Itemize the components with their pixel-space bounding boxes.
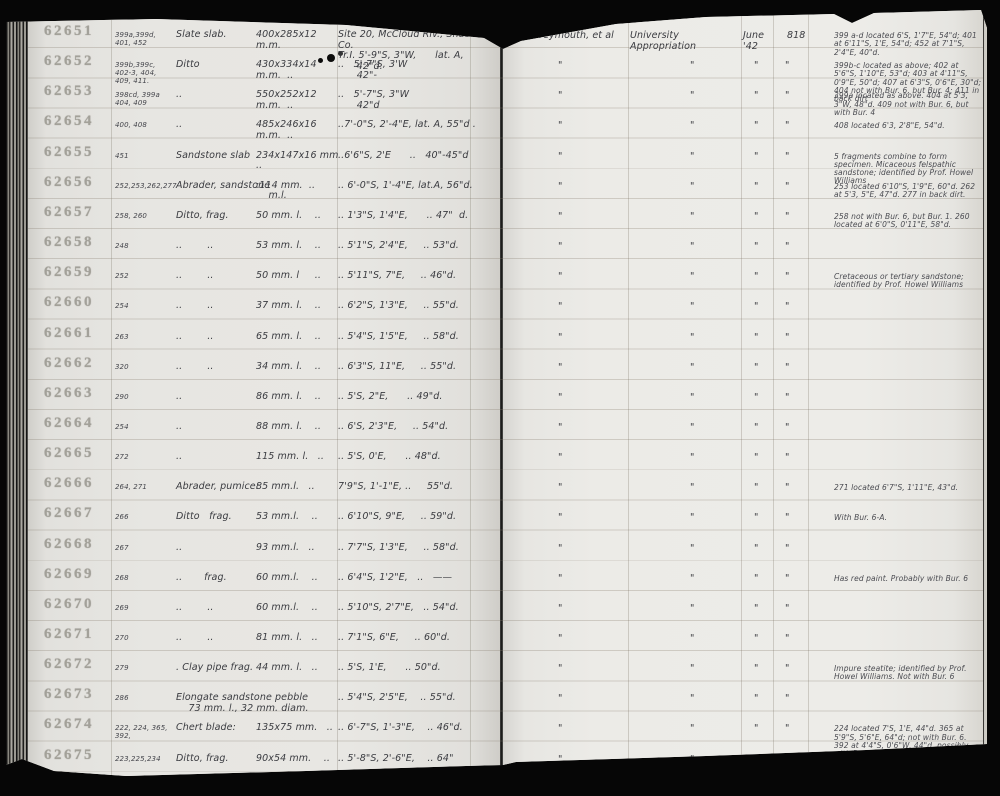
specimen-numbers: 267 xyxy=(115,544,177,552)
ledger-row: 62674 222, 224, 365, 392, Chert blade: 1… xyxy=(6,715,988,745)
collector-name: " xyxy=(558,513,686,524)
site-location: .. 7'7"S, 1'3"E, .. 58"d. xyxy=(338,543,492,554)
site-location: ..7'-0"S, 2'-4"E, lat. A, 55"d . xyxy=(338,120,492,131)
collector-name: " xyxy=(558,634,686,645)
dimensions: 90x54 mm. .. xyxy=(256,754,344,765)
accession-number: " xyxy=(785,121,813,132)
catalog-number: 62665 xyxy=(44,445,120,462)
dimensions: 81 mm. l. .. xyxy=(256,633,344,644)
ledger-row: 62657 258, 260 Ditto, frag. 50 mm. l. ..… xyxy=(6,203,988,233)
ledger-row: 62663 290 .. 86 mm. l. .. .. 5'S, 2"E, .… xyxy=(6,384,988,414)
site-location: .. 5'S, 2"E, .. 49"d. xyxy=(338,392,492,403)
collector-name: " xyxy=(558,755,686,766)
remarks-note: 253 located 6'10"S, 1'9"E, 60"d. 262 at … xyxy=(834,183,982,200)
site-location: .. 5'4"S, 2'5"E, .. 55"d. xyxy=(338,693,492,704)
object-description: Elongate sandstone pebble 73 mm. l., 32 … xyxy=(176,693,344,714)
collector-name: " xyxy=(558,453,686,464)
catalog-number: 62657 xyxy=(44,204,120,221)
ledger-row: 62667 266 Ditto frag. 53 mm.l. .. .. 6'1… xyxy=(6,504,988,534)
ledger-row: 62671 270 .. .. 81 mm. l. .. .. 7'1"S, 6… xyxy=(6,625,988,655)
site-location: .. 5'-7"S, 3"W 42"d xyxy=(338,90,492,111)
collector-name: " xyxy=(558,182,686,193)
specimen-numbers: 399a,399d, 401, 452 xyxy=(115,31,177,47)
accession-number: " xyxy=(785,91,813,102)
dimensions: 550x252x12 m.m. .. xyxy=(256,90,344,111)
catalog-number: 62661 xyxy=(44,325,120,342)
site-location: .. 5'-7"S, 3'W 42"- xyxy=(338,60,492,81)
catalog-number: 62662 xyxy=(44,355,120,372)
catalog-number: 62660 xyxy=(44,294,120,311)
ledger-row: 62655 451 Sandstone slab 234x147x16 mm .… xyxy=(6,143,988,173)
site-location: .. 6'S, 2'3"E, .. 54"d. xyxy=(338,422,492,433)
dimensions: 135x75 mm. .. xyxy=(256,723,344,734)
specimen-numbers: 268 xyxy=(115,574,177,582)
catalog-number: 62671 xyxy=(44,626,120,643)
rows-layer: 62651 399a,399d, 401, 452 Slate slab. 40… xyxy=(6,8,988,782)
dimensions: 234x147x16 mm .. xyxy=(256,151,344,172)
collector-name: W. D. Weymouth, et al xyxy=(505,31,633,42)
ledger-row: 62668 267 .. 93 mm.l. .. .. 7'7"S, 1'3"E… xyxy=(6,535,988,565)
accession-number: " xyxy=(785,242,813,253)
ledger-row: 62656 252,253,262,277 Abrader, sandstone… xyxy=(6,173,988,203)
site-location: .. 5'4"S, 1'5"E, .. 58"d. xyxy=(338,332,492,343)
dimensions: 115 mm. l. .. xyxy=(256,452,344,463)
specimen-numbers: 398cd, 399a 404, 409 xyxy=(115,91,177,107)
catalog-number: 62664 xyxy=(44,415,120,432)
accession-number: " xyxy=(785,604,813,615)
remarks-note: 271 located 6'7"S, 1'11"E, 43"d. xyxy=(834,484,982,492)
accession-number: " xyxy=(785,453,813,464)
remarks-note: 224 located 7'S, 1'E, 44"d. 365 at 5'9"S… xyxy=(834,725,982,758)
dimensions: 50 mm. l .. xyxy=(256,271,344,282)
accession-number: " xyxy=(785,272,813,283)
accession-number: " xyxy=(785,694,813,705)
ledger-row: 62651 399a,399d, 401, 452 Slate slab. 40… xyxy=(6,22,988,52)
accession-number: " xyxy=(785,212,813,223)
scanned-ledger-photo: 62651 399a,399d, 401, 452 Slate slab. 40… xyxy=(0,0,1000,796)
collector-name: " xyxy=(558,483,686,494)
collector-name: " xyxy=(558,91,686,102)
ledger-row: 62670 269 .. .. 60 mm.l. .. .. 5'10"S, 2… xyxy=(6,595,988,625)
catalog-number: 62669 xyxy=(44,566,120,583)
dimensions: 53 mm.l. .. xyxy=(256,512,344,523)
ledger-row: 62653 398cd, 399a 404, 409 .. 550x252x12… xyxy=(6,82,988,112)
catalog-number: 62659 xyxy=(44,264,120,281)
specimen-numbers: 252 xyxy=(115,272,177,280)
accession-number: 818 xyxy=(787,31,815,42)
site-location: .. 6'2"S, 1'3"E, .. 55"d. xyxy=(338,301,492,312)
accession-number: " xyxy=(785,302,813,313)
collector-name: " xyxy=(558,333,686,344)
site-location: .. 5'S, 0'E, .. 48"d. xyxy=(338,452,492,463)
collector-name: " xyxy=(558,212,686,223)
specimen-numbers: 286 xyxy=(115,694,177,702)
catalog-number: 62670 xyxy=(44,596,120,613)
remarks-note: 408 located 6'3, 2'8"E, 54"d. xyxy=(834,122,982,130)
catalog-number: 62654 xyxy=(44,113,120,130)
specimen-numbers: 254 xyxy=(115,423,177,431)
accession-number: " xyxy=(785,544,813,555)
site-location: .. 6'10"S, 9"E, .. 59"d. xyxy=(338,512,492,523)
collector-name: " xyxy=(558,423,686,434)
remarks-note: Cretaceous or tertiary sandstone; identi… xyxy=(834,273,982,290)
catalog-number: 62666 xyxy=(44,475,120,492)
ledger-row: 62672 279 . Clay pipe frag. 44 mm. l. ..… xyxy=(6,655,988,685)
accession-number: " xyxy=(785,755,813,766)
accession-number: " xyxy=(785,152,813,163)
site-location: .. 5'-8"S, 2'-6"E, .. 64" xyxy=(338,754,492,765)
entry-date: June '42 xyxy=(743,31,779,52)
fund-source: University Appropriation xyxy=(630,31,748,52)
collector-name: " xyxy=(558,664,686,675)
specimen-numbers: 223,225,234 xyxy=(115,755,177,763)
catalog-number: 62653 xyxy=(44,83,120,100)
fund-source: " xyxy=(690,755,808,766)
site-location: ..6'6"S, 2'E .. 40"-45"d xyxy=(338,151,492,162)
site-location: .. 7'1"S, 6"E, .. 60"d. xyxy=(338,633,492,644)
ledger-row: 62654 400, 408 .. 485x246x16 m.m. .. ..7… xyxy=(6,112,988,142)
collector-name: " xyxy=(558,574,686,585)
collector-name: " xyxy=(558,724,686,735)
remarks-note: 225 located at 7'1"S, 2'6"E, 56"d; 237 a… xyxy=(834,756,982,773)
dimensions: 44 mm. l. .. xyxy=(256,663,344,674)
collector-name: " xyxy=(558,393,686,404)
catalog-number: 62675 xyxy=(44,747,120,764)
specimen-numbers: 272 xyxy=(115,453,177,461)
accession-number: " xyxy=(785,363,813,374)
remarks-note: Has red paint. Probably with Bur. 6 xyxy=(834,575,982,583)
specimen-numbers: 248 xyxy=(115,242,177,250)
dimensions: 88 mm. l. .. xyxy=(256,422,344,433)
site-location: .. 6'-7"S, 1'-3"E, .. 46"d. xyxy=(338,723,492,734)
collector-name: " xyxy=(558,121,686,132)
dimensions: :114 mm. .. m.l. xyxy=(256,181,344,202)
ledger-row: 62665 272 .. 115 mm. l. .. .. 5'S, 0'E, … xyxy=(6,444,988,474)
site-location: .. 5'S, 1'E, .. 50"d. xyxy=(338,663,492,674)
ledger-row: 62658 248 .. .. 53 mm. l. .. .. 5'1"S, 2… xyxy=(6,233,988,263)
catalog-number: 62656 xyxy=(44,174,120,191)
specimen-numbers: 258, 260 xyxy=(115,212,177,220)
remarks-note: With Bur. 6-A. xyxy=(834,514,982,522)
dimensions: 50 mm. l. .. xyxy=(256,211,344,222)
collector-name: " xyxy=(558,604,686,615)
ledger-row: 62659 252 .. .. 50 mm. l .. .. 5'11"S, 7… xyxy=(6,263,988,293)
specimen-numbers: 263 xyxy=(115,333,177,341)
specimen-numbers: 400, 408 xyxy=(115,121,177,129)
remarks-note: Impure steatite; identified by Prof. How… xyxy=(834,665,982,682)
dimensions: 93 mm.l. .. xyxy=(256,543,344,554)
catalog-number: 62673 xyxy=(44,686,120,703)
site-location: .. 6'-0"S, 1'-4"E, lat.A, 56"d. xyxy=(338,181,492,192)
site-location: .. 5'11"S, 7"E, .. 46"d. xyxy=(338,271,492,282)
catalog-number: 62663 xyxy=(44,385,120,402)
site-location: .. 6'3"S, 11"E, .. 55"d. xyxy=(338,362,492,373)
catalog-number: 62668 xyxy=(44,536,120,553)
ledger-row: 62661 263 .. .. 65 mm. l. .. .. 5'4"S, 1… xyxy=(6,324,988,354)
accession-number: " xyxy=(785,423,813,434)
accession-number: " xyxy=(785,664,813,675)
entry-date: " xyxy=(754,755,790,766)
dimensions: 60 mm.l. .. xyxy=(256,603,344,614)
dimensions: 85 mm.l. .. xyxy=(256,482,344,493)
specimen-numbers: 264, 271 xyxy=(115,483,177,491)
ledger-row: 62664 254 .. 88 mm. l. .. .. 6'S, 2'3"E,… xyxy=(6,414,988,444)
accession-number: " xyxy=(785,634,813,645)
catalog-number: 62658 xyxy=(44,234,120,251)
specimen-numbers: 252,253,262,277 xyxy=(115,182,177,190)
collector-name: " xyxy=(558,61,686,72)
collector-name: " xyxy=(558,242,686,253)
ledger-row: 62673 286 Elongate sandstone pebble 73 m… xyxy=(6,685,988,715)
specimen-numbers: 270 xyxy=(115,634,177,642)
catalog-number: 62652 xyxy=(44,53,120,70)
accession-number: " xyxy=(785,513,813,524)
collector-name: " xyxy=(558,363,686,374)
specimen-numbers: 222, 224, 365, 392, xyxy=(115,724,177,740)
catalog-number: 62674 xyxy=(44,716,120,733)
specimen-numbers: 451 xyxy=(115,152,177,160)
accession-number: " xyxy=(785,393,813,404)
collector-name: " xyxy=(558,152,686,163)
dimensions: 34 mm. l. .. xyxy=(256,362,344,373)
specimen-numbers: 269 xyxy=(115,604,177,612)
accession-number: " xyxy=(785,333,813,344)
ledger-row: 62669 268 .. frag. 60 mm.l. .. .. 6'4"S,… xyxy=(6,565,988,595)
specimen-numbers: 279 xyxy=(115,664,177,672)
dimensions: 86 mm. l. .. xyxy=(256,392,344,403)
site-location: .. 5'1"S, 2'4"E, .. 53"d. xyxy=(338,241,492,252)
collector-name: " xyxy=(558,272,686,283)
ledger-row: 62652 399b,399c, 402-3, 404, 409, 411. D… xyxy=(6,52,988,82)
accession-number: " xyxy=(785,724,813,735)
specimen-numbers: 320 xyxy=(115,363,177,371)
specimen-numbers: 254 xyxy=(115,302,177,310)
accession-number: " xyxy=(785,483,813,494)
dimensions: 485x246x16 m.m. .. xyxy=(256,120,344,141)
specimen-numbers: 266 xyxy=(115,513,177,521)
accession-number: " xyxy=(785,61,813,72)
collector-name: " xyxy=(558,302,686,313)
accession-number: " xyxy=(785,574,813,585)
site-location: 7'9"S, 1'-1"E, .. 55"d. xyxy=(338,482,492,493)
ledger-row: 62662 320 .. .. 34 mm. l. .. .. 6'3"S, 1… xyxy=(6,354,988,384)
site-location: .. 1'3"S, 1'4"E, .. 47" d. xyxy=(338,211,492,222)
remarks-note: 258 not with Bur. 6, but Bur. 1. 260 loc… xyxy=(834,213,982,230)
dimensions: 60 mm.l. .. xyxy=(256,573,344,584)
ledger-row: 62660 254 .. .. 37 mm. l. .. .. 6'2"S, 1… xyxy=(6,293,988,323)
dimensions: 37 mm. l. .. xyxy=(256,301,344,312)
dimensions: 430x334x14 m.m. .. xyxy=(256,60,344,81)
collector-name: " xyxy=(558,694,686,705)
site-location: .. 5'10"S, 2'7"E, .. 54"d. xyxy=(338,603,492,614)
catalog-number: 62655 xyxy=(44,144,120,161)
specimen-numbers: 290 xyxy=(115,393,177,401)
ledger-row: 62675 223,225,234 Ditto, frag. 90x54 mm.… xyxy=(6,746,988,776)
catalog-number: 62651 xyxy=(44,23,120,40)
accession-number: " xyxy=(785,182,813,193)
dimensions: 53 mm. l. .. xyxy=(256,241,344,252)
ledger-row: 62666 264, 271 Abrader, pumice: 85 mm.l.… xyxy=(6,474,988,504)
site-location: .. 6'4"S, 1'2"E, .. —— xyxy=(338,573,492,584)
catalog-number: 62667 xyxy=(44,505,120,522)
dimensions: 400x285x12 m.m. xyxy=(256,30,344,51)
catalog-number: 62672 xyxy=(44,656,120,673)
ledger-book: 62651 399a,399d, 401, 452 Slate slab. 40… xyxy=(6,8,988,782)
collector-name: " xyxy=(558,544,686,555)
dimensions: 65 mm. l. .. xyxy=(256,332,344,343)
